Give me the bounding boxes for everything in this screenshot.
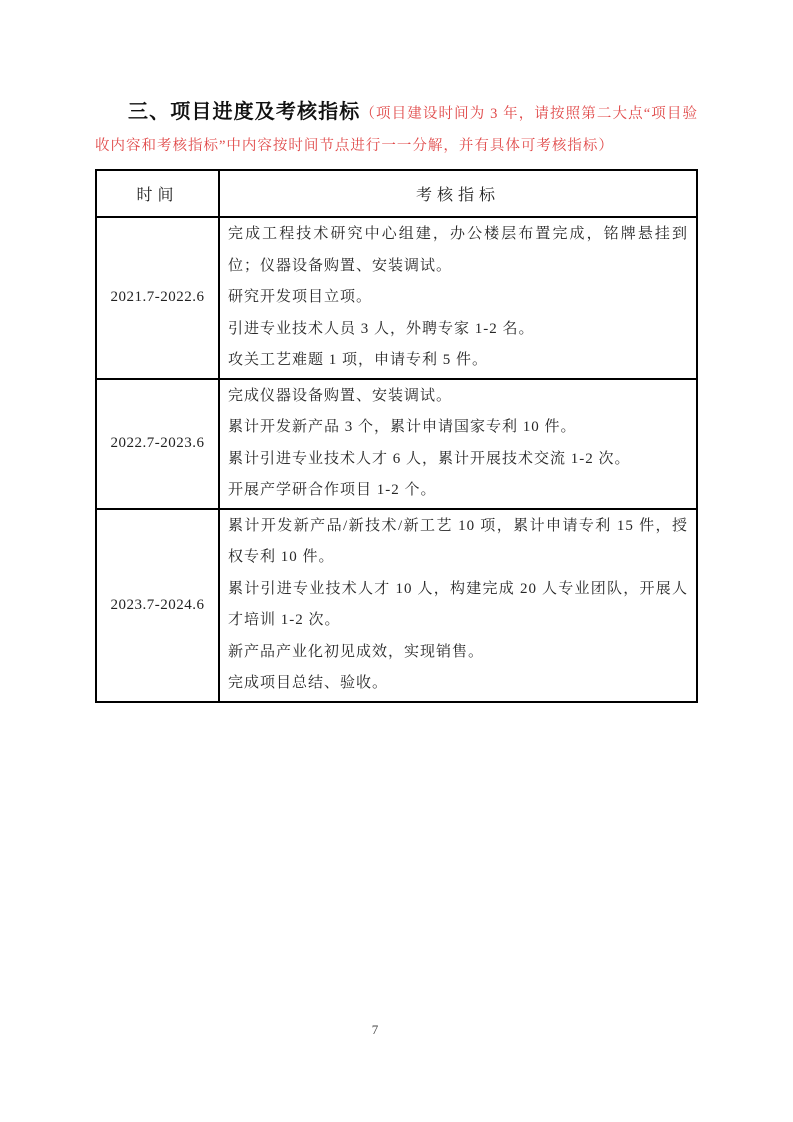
- indicators-cell: 累计开发新产品/新技术/新工艺 10 项，累计申请专利 15 件，授权专利 10…: [219, 509, 697, 702]
- indicators-cell: 完成仪器设备购置、安装调试。累计开发新产品 3 个，累计申请国家专利 10 件。…: [219, 379, 697, 509]
- page-number: 7: [0, 1022, 750, 1038]
- table-row: 2021.7-2022.6完成工程技术研究中心组建，办公楼层布置完成，铭牌悬挂到…: [96, 217, 697, 379]
- table-header-row: 时间 考核指标: [96, 170, 697, 217]
- indicator-line: 累计引进专业技术人才 10 人，构建完成 20 人专业团队，开展人才培训 1-2…: [228, 574, 688, 637]
- table-body: 2021.7-2022.6完成工程技术研究中心组建，办公楼层布置完成，铭牌悬挂到…: [96, 217, 697, 702]
- table-row: 2023.7-2024.6累计开发新产品/新技术/新工艺 10 项，累计申请专利…: [96, 509, 697, 702]
- section-heading: 三、项目进度及考核指标（项目建设时间为 3 年，请按照第二大点“项目验收内容和考…: [95, 97, 698, 162]
- indicator-line: 引进专业技术人员 3 人，外聘专家 1-2 名。: [228, 314, 688, 346]
- page-content: 三、项目进度及考核指标（项目建设时间为 3 年，请按照第二大点“项目验收内容和考…: [95, 97, 698, 703]
- table-row: 2022.7-2023.6完成仪器设备购置、安装调试。累计开发新产品 3 个，累…: [96, 379, 697, 509]
- table-header: 时间 考核指标: [96, 170, 697, 217]
- indicator-line: 完成仪器设备购置、安装调试。: [228, 381, 688, 413]
- indicators-cell: 完成工程技术研究中心组建，办公楼层布置完成，铭牌悬挂到位；仪器设备购置、安装调试…: [219, 217, 697, 379]
- time-cell: 2023.7-2024.6: [96, 509, 219, 702]
- indicator-line: 累计开发新产品/新技术/新工艺 10 项，累计申请专利 15 件，授权专利 10…: [228, 511, 688, 574]
- col-header-indicators: 考核指标: [219, 170, 697, 217]
- indicator-line: 累计引进专业技术人才 6 人，累计开展技术交流 1-2 次。: [228, 444, 688, 476]
- indicator-line: 新产品产业化初见成效，实现销售。: [228, 637, 688, 669]
- progress-table: 时间 考核指标 2021.7-2022.6完成工程技术研究中心组建，办公楼层布置…: [95, 169, 698, 703]
- time-cell: 2021.7-2022.6: [96, 217, 219, 379]
- time-cell: 2022.7-2023.6: [96, 379, 219, 509]
- section-title: 三、项目进度及考核指标: [128, 101, 360, 123]
- indicator-line: 攻关工艺难题 1 项，申请专利 5 件。: [228, 345, 688, 377]
- indicator-line: 完成项目总结、验收。: [228, 668, 688, 700]
- col-header-time: 时间: [96, 170, 219, 217]
- indicator-line: 完成工程技术研究中心组建，办公楼层布置完成，铭牌悬挂到位；仪器设备购置、安装调试…: [228, 219, 688, 282]
- indicator-line: 研究开发项目立项。: [228, 282, 688, 314]
- indicator-line: 开展产学研合作项目 1-2 个。: [228, 475, 688, 507]
- indicator-line: 累计开发新产品 3 个，累计申请国家专利 10 件。: [228, 412, 688, 444]
